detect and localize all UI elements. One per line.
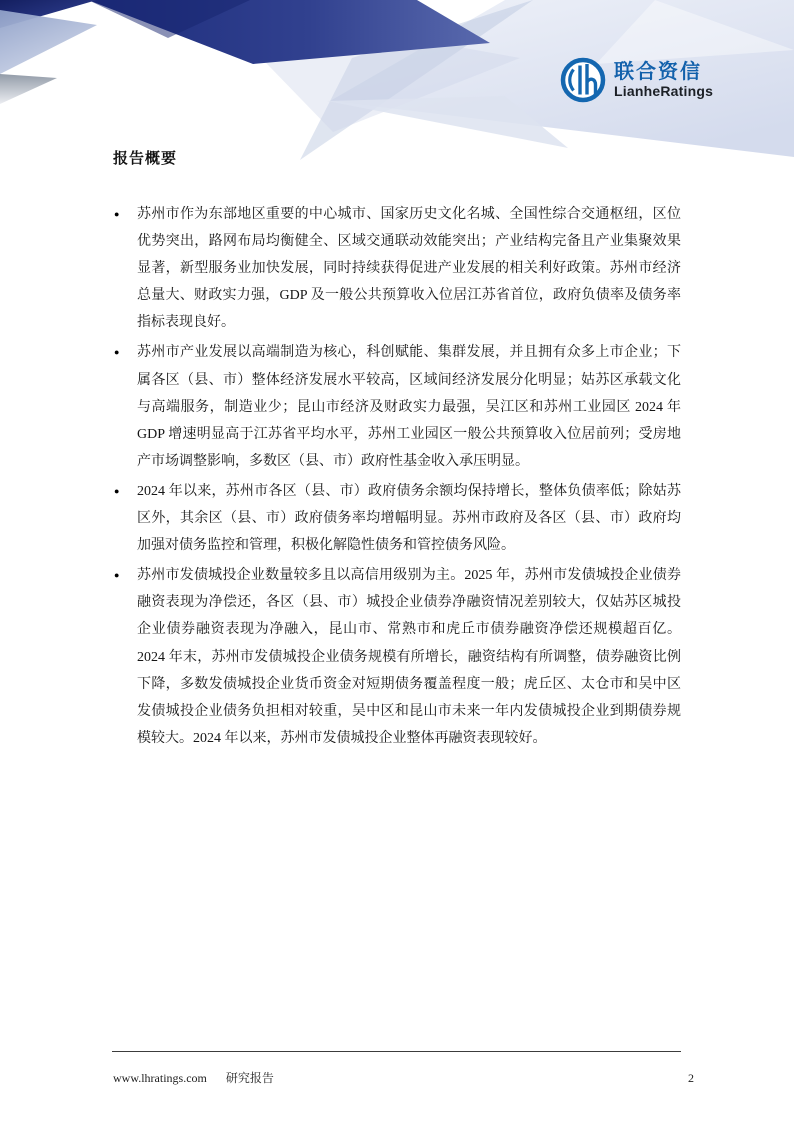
lianhe-logo: 联合资信 LianheRatings <box>560 57 713 103</box>
page-number: 2 <box>688 1069 694 1087</box>
footer-divider <box>112 1051 681 1052</box>
summary-bullet-list: ● 苏州市作为东部地区重要的中心城市、国家历史文化名城、全国性综合交通枢纽，区位… <box>113 201 681 755</box>
document-page: 联合资信 LianheRatings 报告概要 ● 苏州市作为东部地区重要的中心… <box>0 0 794 1123</box>
page-title: 报告概要 <box>113 149 681 169</box>
bullet-item: ● 苏州市产业发展以高端制造为核心，科创赋能、集群发展，并且拥有众多上市企业；下… <box>113 339 681 474</box>
footer-doc-type: 研究报告 <box>226 1071 274 1085</box>
header-banner-graphic: 联合资信 LianheRatings <box>0 0 794 170</box>
footer-left-group: www.lhratings.com 研究报告 <box>113 1069 274 1087</box>
logo-name-cn: 联合资信 <box>614 61 713 83</box>
lianhe-lh-mark-icon <box>560 57 606 103</box>
bullet-marker-icon: ● <box>114 562 119 589</box>
bullet-marker-icon: ● <box>114 339 119 366</box>
bullet-text: 苏州市作为东部地区重要的中心城市、国家历史文化名城、全国性综合交通枢纽，区位优势… <box>137 207 681 330</box>
bullet-marker-icon: ● <box>114 478 119 505</box>
bullet-item: ● 苏州市发债城投企业数量较多且以高信用级别为主。2025 年，苏州市发债城投企… <box>113 562 681 752</box>
bullet-text: 苏州市发债城投企业数量较多且以高信用级别为主。2025 年，苏州市发债城投企业债… <box>137 568 681 746</box>
footer: www.lhratings.com 研究报告 2 <box>113 1069 694 1087</box>
footer-website: www.lhratings.com <box>113 1071 207 1085</box>
bullet-text: 2024 年以来，苏州市各区（县、市）政府债务余额均保持增长，整体负债率低；除姑… <box>137 484 681 553</box>
bullet-item: ● 2024 年以来，苏州市各区（县、市）政府债务余额均保持增长，整体负债率低；… <box>113 478 681 559</box>
bullet-item: ● 苏州市作为东部地区重要的中心城市、国家历史文化名城、全国性综合交通枢纽，区位… <box>113 201 681 336</box>
logo-name-en: LianheRatings <box>614 83 713 99</box>
bullet-text: 苏州市产业发展以高端制造为核心，科创赋能、集群发展，并且拥有众多上市企业；下属各… <box>137 345 681 468</box>
bullet-marker-icon: ● <box>114 201 119 228</box>
